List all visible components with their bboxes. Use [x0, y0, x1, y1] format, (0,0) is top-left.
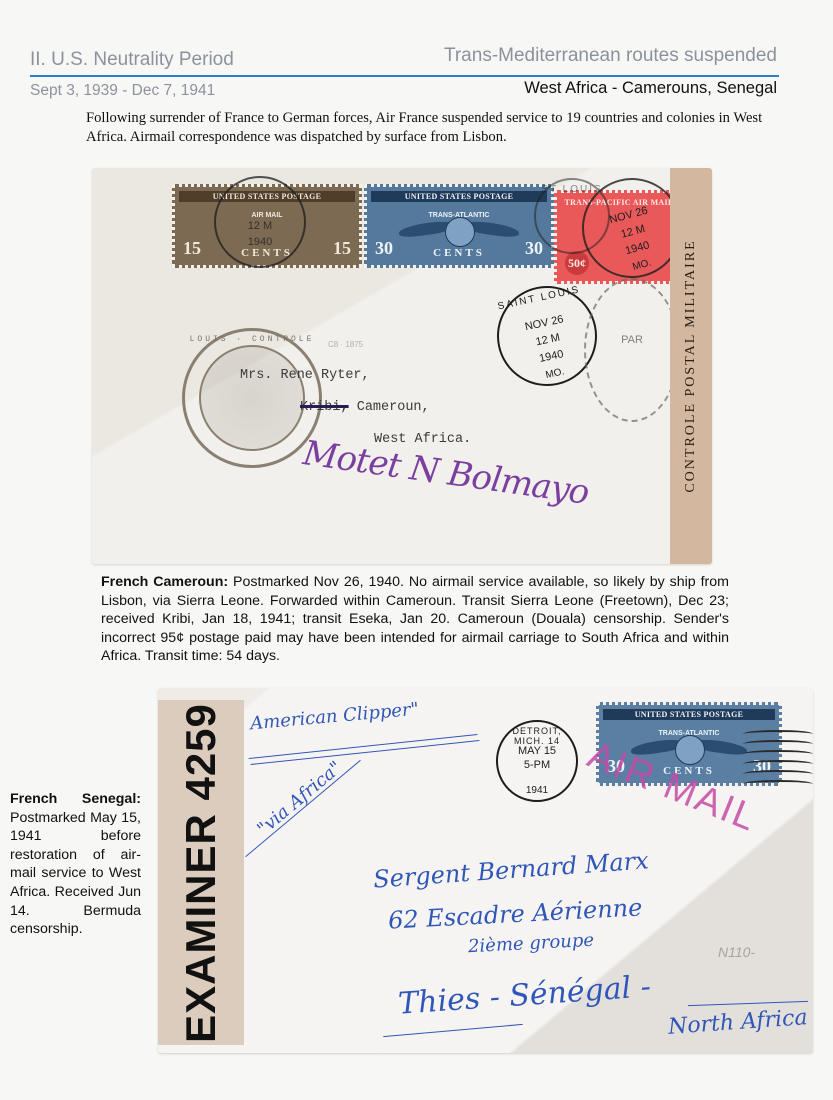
- censor-seal-icon: LOUIS · CONTROLE: [182, 328, 322, 468]
- caption-french-cameroun: French Cameroun: Postmarked Nov 26, 1940…: [101, 573, 729, 666]
- page-subtitle: West Africa - Camerouns, Senegal: [524, 79, 777, 98]
- caption-french-senegal: French Senegal: Postmarked May 15, 1941 …: [10, 790, 141, 939]
- globe-icon: [445, 217, 475, 247]
- postmark-st-louis-top-left: 12 M 1940: [214, 176, 306, 268]
- address-line-2: Kribi, Cameroun,: [300, 400, 430, 415]
- postmark-year: 1941: [498, 785, 576, 796]
- caption-label: French Cameroun:: [101, 574, 228, 590]
- stamp-denomination: 50¢: [565, 251, 589, 275]
- page-title: Trans-Mediterranean routes suspended: [444, 45, 777, 67]
- address-country: Cameroun,: [357, 400, 430, 415]
- caption-text: Postmarked May 15, 1941 before restorati…: [10, 810, 141, 938]
- seal-text: LOUIS · CONTROLE: [185, 335, 319, 344]
- caption-label: French Senegal:: [10, 791, 141, 807]
- stamp-inscription: UNITED STATES POSTAGE: [371, 191, 547, 202]
- section-heading: II. U.S. Neutrality Period: [30, 49, 234, 71]
- struck-city: Kribi,: [300, 400, 349, 415]
- stamp-inscription: UNITED STATES POSTAGE: [603, 709, 775, 720]
- postmark-detroit: DETROIT, MICH. 14 MAY 15 5-PM 1941: [496, 720, 578, 802]
- stamp-cents: CENTS: [367, 247, 551, 259]
- pencil-notation: C8 · 1875: [328, 340, 363, 349]
- cover-french-cameroun: C8 · 1875 UNITED STATES POSTAGE AIR MAIL…: [92, 168, 712, 564]
- cover-french-senegal: American Clipper" "via Africa" DETROIT, …: [158, 688, 813, 1053]
- globe-icon: [675, 735, 705, 765]
- period-dates: Sept 3, 1939 - Dec 7, 1941: [30, 82, 215, 100]
- address-line-1: Mrs. Rene Ryter,: [240, 368, 370, 383]
- stamp-denomination: 15: [333, 238, 351, 259]
- transit-cachet: PAR: [584, 278, 680, 422]
- pencil-notation: N110-: [718, 944, 755, 960]
- wavy-cancel-lines: [743, 730, 813, 800]
- intro-paragraph: Following surrender of France to German …: [86, 109, 766, 147]
- stamp-30c-trans-atlantic: UNITED STATES POSTAGE TRANS-ATLANTIC 30 …: [364, 184, 554, 268]
- header-rule: [30, 75, 779, 77]
- postmark-date: MAY 15: [498, 745, 576, 757]
- postmark-time: 12 M: [216, 220, 304, 232]
- censor-tape: CONTROLE POSTAL MILITAIRE: [670, 168, 712, 564]
- postmark-city: DETROIT, MICH. 14: [498, 726, 576, 746]
- postmark-time: 5-PM: [498, 759, 576, 771]
- stamp-denomination: 30: [525, 238, 543, 259]
- cachet-text: PAR: [586, 334, 678, 346]
- censor-tape-label: EXAMINER 4259: [177, 703, 225, 1043]
- postmark-year: 1940: [216, 236, 304, 248]
- censor-tape-label: CONTROLE POSTAL MILITAIRE: [683, 239, 699, 492]
- stamp-subtitle: TRANS-ATLANTIC: [367, 212, 551, 219]
- censor-tape: EXAMINER 4259: [158, 700, 244, 1045]
